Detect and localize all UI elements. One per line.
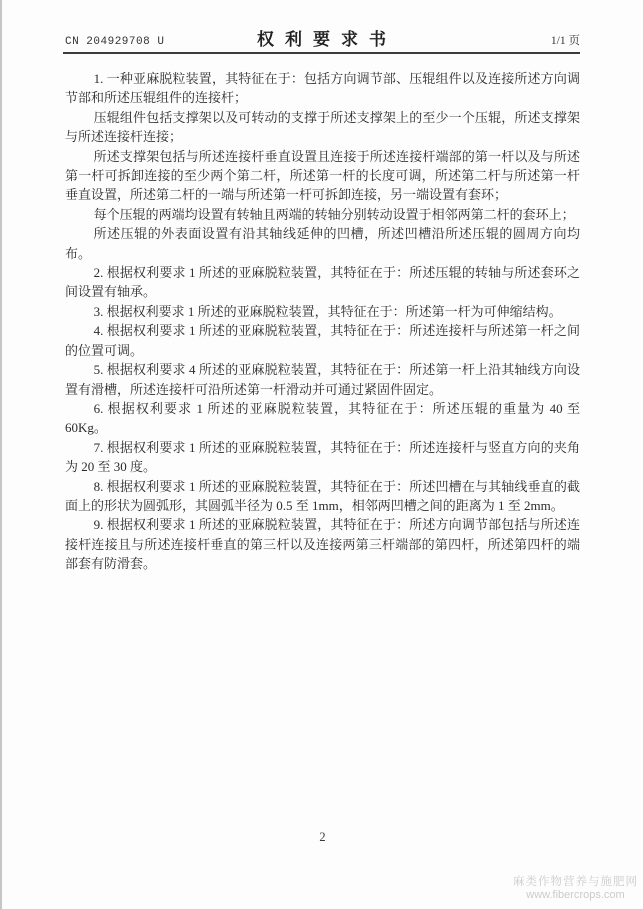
claim-paragraph: 7. 根据权利要求 1 所述的亚麻脱粒装置，其特征在于：所述连接杆与竖直方向的夹… — [65, 438, 580, 477]
page-indicator: 1/1 页 — [551, 32, 580, 48]
document-header: CN 204929708 U 权利要求书 1/1 页 — [63, 30, 580, 54]
claims-body: 1. 一种亚麻脱粒装置，其特征在于：包括方向调节部、压辊组件以及连接所述方向调节… — [65, 69, 580, 574]
claim-paragraph: 5. 根据权利要求 4 所述的亚麻脱粒装置，其特征在于：所述第一杆上沿其轴线方向… — [65, 360, 580, 399]
page-number: 2 — [2, 830, 643, 845]
claim-paragraph: 所述支撑架包括与所述连接杆垂直设置且连接于所述连接杆端部的第一杆以及与所述第一杆… — [65, 147, 580, 205]
claim-paragraph: 8. 根据权利要求 1 所述的亚麻脱粒装置，其特征在于：所述凹槽在与其轴线垂直的… — [65, 477, 580, 516]
claim-paragraph: 1. 一种亚麻脱粒装置，其特征在于：包括方向调节部、压辊组件以及连接所述方向调节… — [65, 69, 580, 108]
claim-paragraph: 4. 根据权利要求 1 所述的亚麻脱粒装置，其特征在于：所述连接杆与所述第一杆之… — [65, 321, 580, 360]
watermark: 麻类作物营养与施肥网 www.fibercrops.com — [513, 876, 638, 902]
claim-paragraph: 所述压辊的外表面设置有沿其轴线延伸的凹槽，所述凹槽沿所述压辊的圆周方向均布。 — [65, 224, 580, 263]
patent-claims-page: CN 204929708 U 权利要求书 1/1 页 1. 一种亚麻脱粒装置，其… — [0, 0, 643, 910]
page-title: 权利要求书 — [63, 25, 580, 50]
claim-paragraph: 9. 根据权利要求 1 所述的亚麻脱粒装置，其特征在于：所述方向调节部包括与所述… — [65, 515, 580, 573]
claim-paragraph: 3. 根据权利要求 1 所述的亚麻脱粒装置，其特征在于：所述第一杆为可伸缩结构。 — [65, 302, 580, 321]
claim-paragraph: 压辊组件包括支撑架以及可转动的支撑于所述支撑架上的至少一个压辊，所述支撑架与所述… — [65, 108, 580, 147]
watermark-url: www.fibercrops.com — [513, 889, 638, 902]
watermark-site-name: 麻类作物营养与施肥网 — [513, 876, 638, 889]
claim-paragraph: 每个压辊的两端均设置有转轴且两端的转轴分别转动设置于相邻两第二杆的套环上； — [65, 205, 580, 224]
claim-paragraph: 2. 根据权利要求 1 所述的亚麻脱粒装置，其特征在于：所述压辊的转轴与所述套环… — [65, 263, 580, 302]
claim-paragraph: 6. 根据权利要求 1 所述的亚麻脱粒装置，其特征在于：所述压辊的重量为 40 … — [65, 399, 580, 438]
